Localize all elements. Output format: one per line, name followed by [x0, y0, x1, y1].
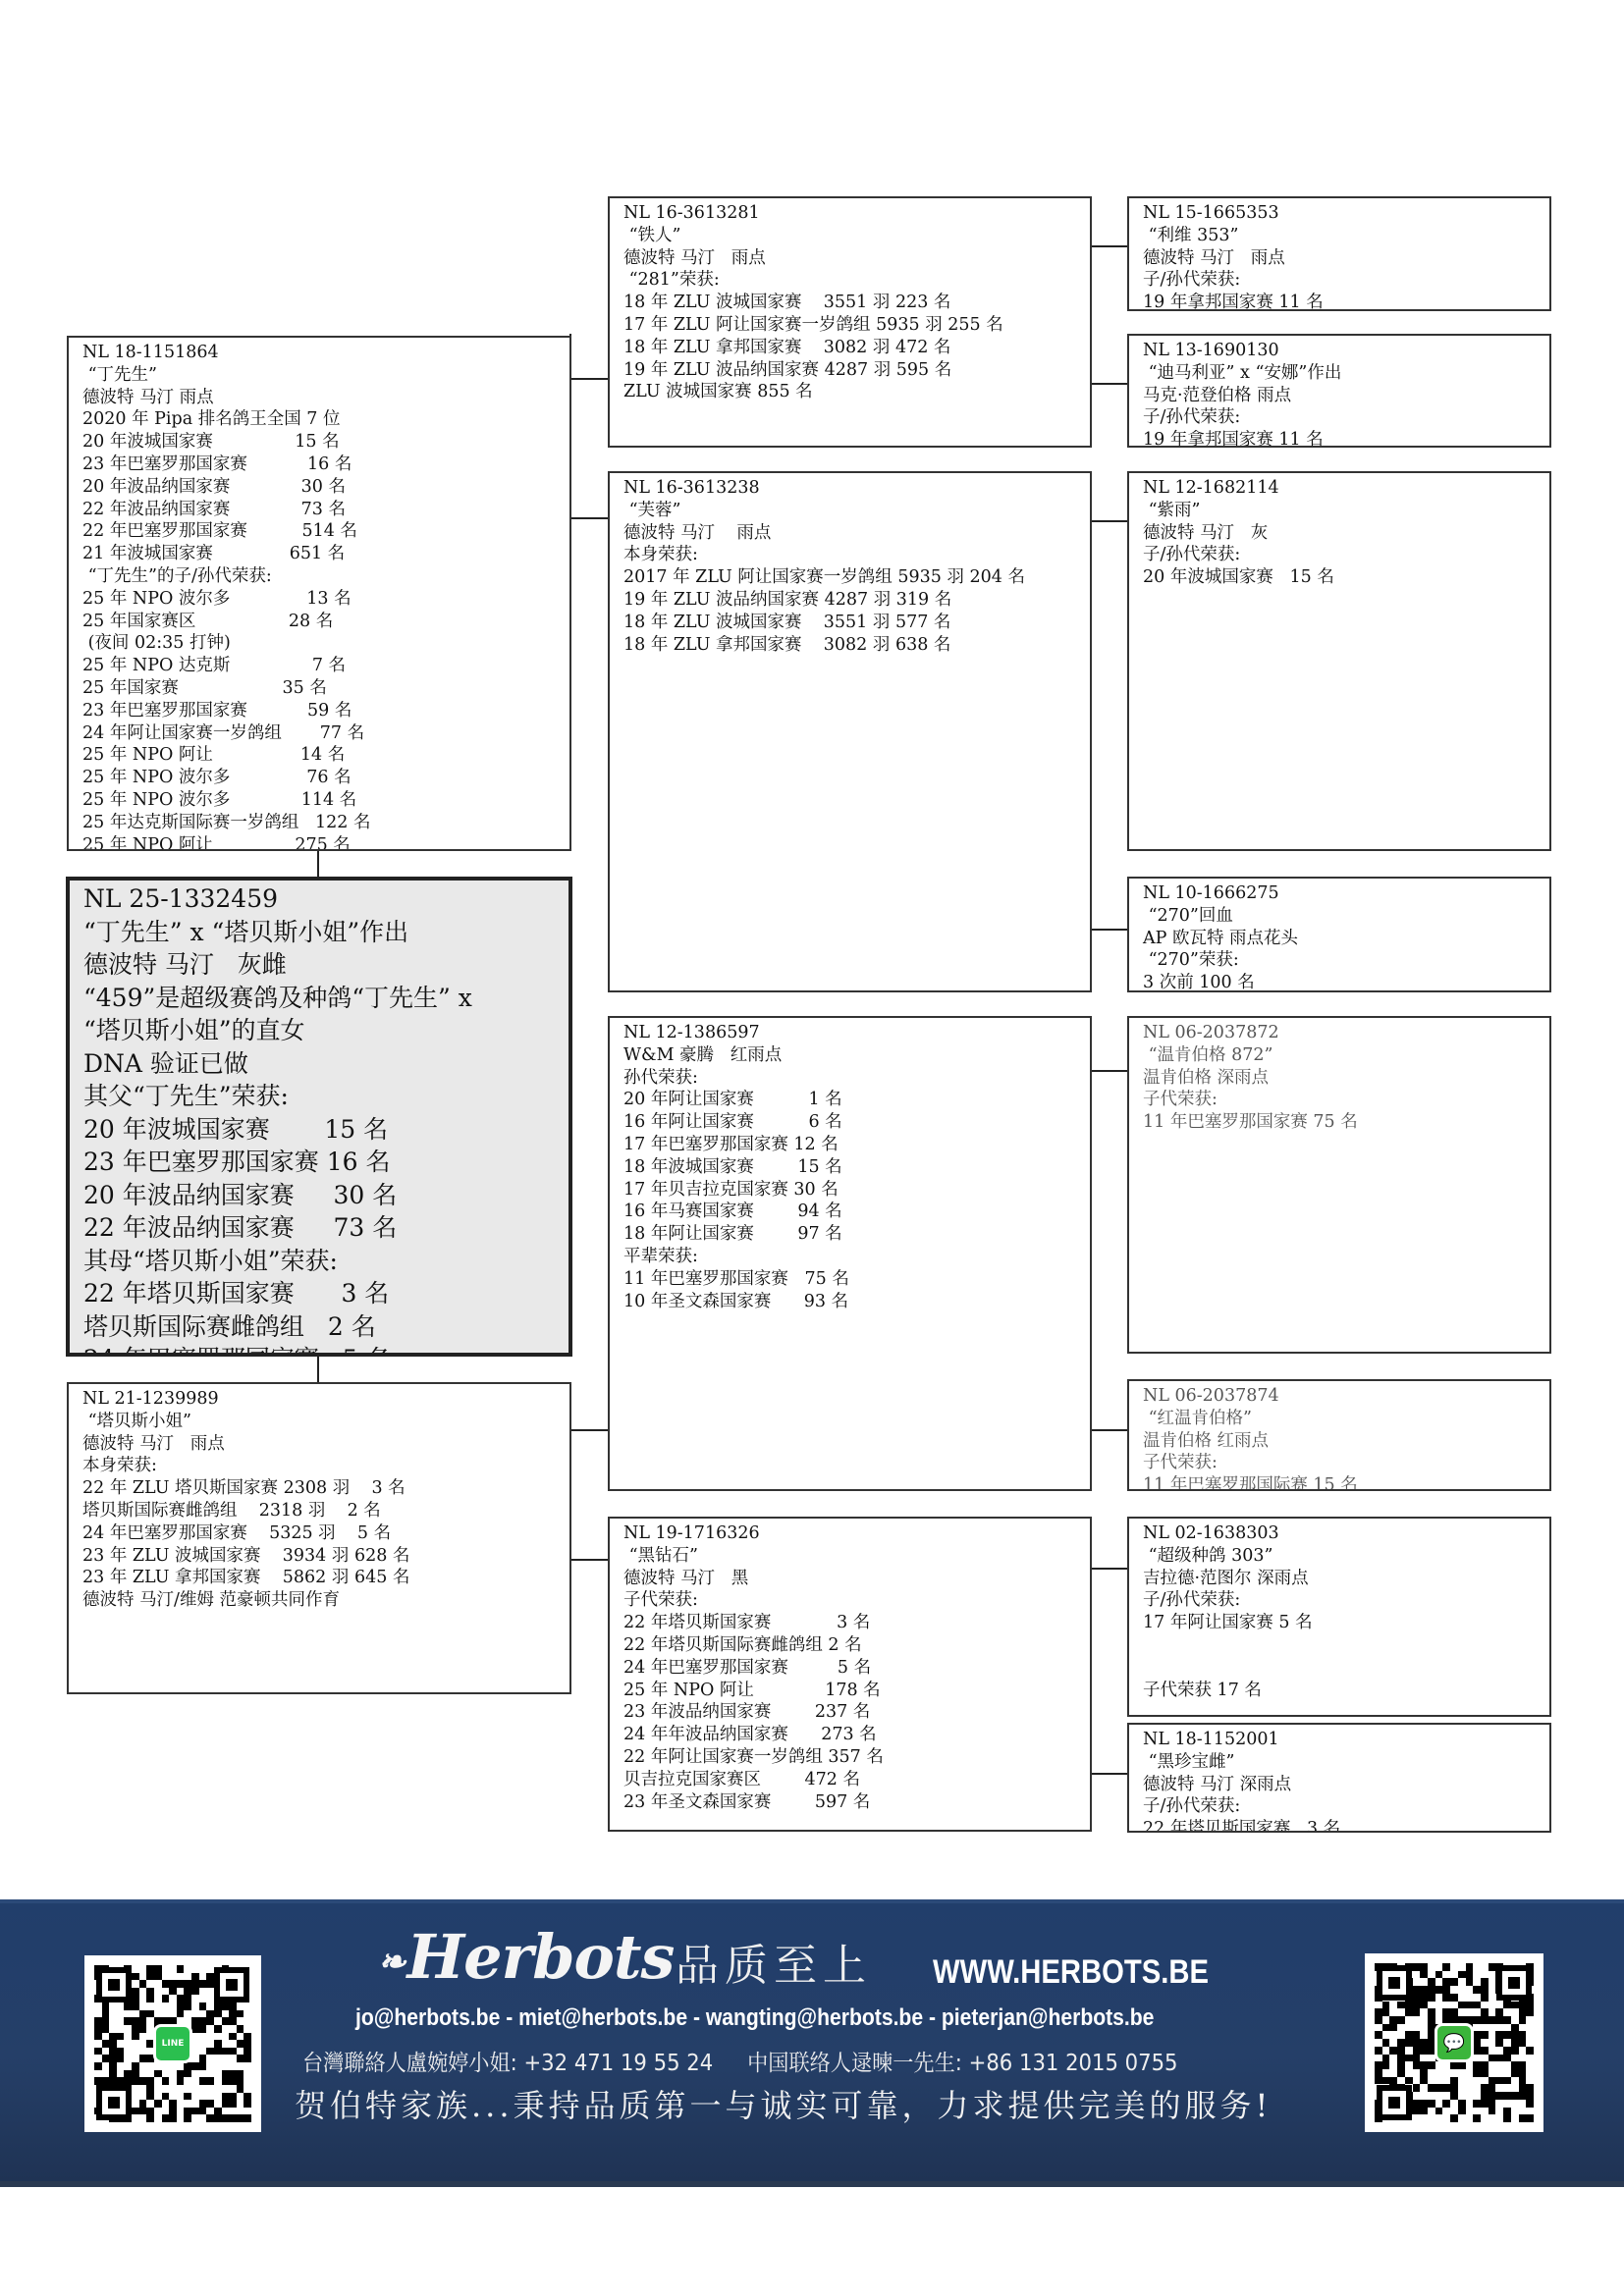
connector-g3-a — [1090, 1070, 1127, 1072]
card-line: 2017 年 ZLU 阿让国家赛一岁鸽组 5935 羽 204 名 — [623, 566, 1090, 589]
card-line: 25 年国家赛区 28 名 — [82, 611, 569, 633]
card-line: 18 年 ZLU 拿邦国家赛 3082 羽 638 名 — [623, 634, 1090, 657]
great-grandparent-card-7: NL 02-1638303 “超级种鸽 303”吉拉德·范图尔 深雨点子/孙代荣… — [1127, 1517, 1551, 1717]
great-grandparent-card-1: NL 15-1665353 “利维 353”德波特 马汀 雨点子/孙代荣获:19… — [1127, 196, 1551, 311]
card-line: 24 年阿让国家赛一岁鸽组 77 名 — [82, 722, 569, 745]
card-line: 20 年波品纳国家赛 30 名 — [82, 476, 569, 499]
connector-g4-a — [1090, 1568, 1127, 1570]
card-line — [1143, 1634, 1549, 1657]
card-line: 17 年巴塞罗那国家赛 12 名 — [623, 1134, 1090, 1156]
qr-code-line[interactable]: LINE — [84, 1955, 261, 2132]
card-line: 22 年阿让国家赛一岁鸽组 357 名 — [623, 1746, 1090, 1769]
card-line: 22 年波品纳国家赛 73 名 — [82, 499, 569, 521]
line-app-icon: LINE — [153, 2024, 192, 2063]
connector-g2-a — [1090, 520, 1127, 522]
connector-g1-a — [1090, 245, 1127, 247]
qr-code-wechat[interactable]: 💬 — [1365, 1953, 1543, 2132]
card-line: 22 年塔贝斯国际赛雌鸽组 2 名 — [623, 1634, 1090, 1657]
card-line: 25 年 NPO 阿让 14 名 — [82, 744, 569, 767]
card-line: 25 年 NPO 波尔多 114 名 — [82, 789, 569, 812]
card-line: W&M 豪腾 红雨点 — [623, 1044, 1090, 1067]
card-line: 17 年贝吉拉克国家赛 30 名 — [623, 1179, 1090, 1201]
card-line: 18 年波城国家赛 15 名 — [623, 1156, 1090, 1179]
card-line: 德波特 马汀 雨点 — [82, 387, 569, 409]
card-line: 11 年巴塞罗那国家赛 75 名 — [1143, 1111, 1549, 1134]
card-line: “塔贝斯小姐”的直女 — [83, 1014, 568, 1047]
card-line: 18 年 ZLU 波城国家赛 3551 羽 223 名 — [623, 292, 1090, 314]
card-line: 20 年阿让国家赛 1 名 — [623, 1089, 1090, 1111]
card-line: “黑珍宝雌” — [1143, 1751, 1549, 1774]
card-line: AP 欧瓦特 雨点花头 — [1143, 928, 1549, 950]
slogan: 品质至上 — [676, 1930, 872, 1993]
card-line: 贝吉拉克国家赛区 472 名 — [623, 1769, 1090, 1791]
card-line: 马克·范登伯格 雨点 — [1143, 385, 1549, 407]
connector-g3-b — [1090, 1429, 1127, 1431]
card-line: “281”荣获: — [623, 269, 1090, 292]
great-grandparent-card-4: NL 10-1666275 “270”回血AP 欧瓦特 雨点花头 “270”荣获… — [1127, 877, 1551, 992]
connector-g2-b — [1090, 929, 1127, 931]
card-line: 温肯伯格 深雨点 — [1143, 1067, 1549, 1090]
card-line: 德波特 马汀 黑 — [623, 1568, 1090, 1590]
card-line: 德波特 马汀 灰雌 — [83, 948, 568, 982]
ring-number: NL 02-1638303 — [1143, 1522, 1549, 1545]
connector-dam-top — [569, 1429, 609, 1431]
card-line: 19 年拿邦国家赛 11 名 — [1143, 429, 1549, 448]
connector-sire-bottom — [569, 517, 609, 519]
grandsire-maternal-card: NL 12-1386597W&M 豪腾 红雨点孙代荣获:20 年阿让国家赛 1 … — [608, 1016, 1092, 1491]
card-line: “459”是超级赛鸽及种鸽“丁先生” x — [83, 982, 568, 1015]
great-grandparent-card-6: NL 06-2037874 “红温肯伯格”温肯伯格 红雨点子代荣获:11 年巴塞… — [1127, 1379, 1551, 1491]
card-line: “丁先生” — [82, 364, 569, 387]
card-line: 11 年巴塞罗那国家赛 75 名 — [623, 1268, 1090, 1291]
connector-g1-b — [1090, 383, 1127, 385]
subject-card: NL 25-1332459“丁先生” x “塔贝斯小姐”作出德波特 马汀 灰雌“… — [66, 877, 572, 1357]
card-line: 子/孙代荣获: — [1143, 1589, 1549, 1612]
card-line: 22 年塔贝斯国家赛 3 名 — [83, 1277, 568, 1310]
card-line: 19 年 ZLU 波品纳国家赛 4287 羽 595 名 — [623, 359, 1090, 382]
card-line: 本身荣获: — [82, 1455, 569, 1477]
card-line: 23 年巴塞罗那国家赛 59 名 — [82, 700, 569, 722]
card-line: 德波特 马汀/维姆 范豪顿共同作育 — [82, 1589, 569, 1612]
card-line: 子代荣获: — [1143, 1452, 1549, 1474]
contact-phones: 台灣聯絡人盧婉婷小姐: +32 471 19 55 24中国联络人逯暕一先生: … — [302, 2045, 1212, 2077]
ring-number: NL 18-1152001 — [1143, 1729, 1549, 1751]
card-line — [1143, 1657, 1549, 1680]
great-grandparent-card-3: NL 12-1682114 “紫雨”德波特 马汀 灰子/孙代荣获:20 年波城国… — [1127, 471, 1551, 851]
connector-dam-bottom — [569, 1559, 609, 1561]
grandsire-paternal-card: NL 16-3613281 “铁人”德波特 马汀 雨点 “281”荣获:18 年… — [608, 196, 1092, 448]
ring-number: NL 06-2037872 — [1143, 1022, 1549, 1044]
card-line: 20 年波品纳国家赛 30 名 — [83, 1179, 568, 1212]
wechat-app-icon: 💬 — [1435, 2023, 1474, 2062]
card-line: 子/孙代荣获: — [1143, 269, 1549, 292]
card-line: 3 次前 100 名 — [1143, 972, 1549, 992]
card-line: 德波特 马汀 雨点 — [623, 247, 1090, 270]
card-line: 19 年拿邦国家赛 11 名 — [1143, 292, 1549, 311]
granddam-maternal-card: NL 19-1716326 “黑钻石”德波特 马汀 黑子代荣获:22 年塔贝斯国… — [608, 1517, 1092, 1832]
granddam-paternal-card: NL 16-3613238 “芙蓉”德波特 马汀 雨点本身荣获:2017 年 Z… — [608, 471, 1092, 992]
card-line: “黑钻石” — [623, 1545, 1090, 1568]
card-line: 23 年圣文森国家赛 597 名 — [623, 1791, 1090, 1814]
card-line: 25 年 NPO 达克斯 7 名 — [82, 655, 569, 677]
card-line: 塔贝斯国际赛雌鸽组 2318 羽 2 名 — [82, 1500, 569, 1522]
card-line: 24 年巴塞罗那国家赛 5 名 — [83, 1343, 568, 1357]
card-line: 25 年达克斯国际赛一岁鸽组 122 名 — [82, 812, 569, 834]
card-line: 25 年 NPO 波尔多 13 名 — [82, 588, 569, 611]
card-line: 17 年阿让国家赛 5 名 — [1143, 1612, 1549, 1634]
card-line: 子代荣获: — [623, 1589, 1090, 1612]
great-grandparent-card-5: NL 06-2037872 “温肯伯格 872”温肯伯格 深雨点子代荣获:11 … — [1127, 1016, 1551, 1354]
card-line: “超级种鸽 303” — [1143, 1545, 1549, 1568]
card-line: 其父“丁先生”荣获: — [83, 1080, 568, 1113]
card-line: 20 年波城国家赛 15 名 — [83, 1113, 568, 1147]
card-line: 25 年 NPO 阿让 275 名 — [82, 834, 569, 851]
great-grandparent-card-8: NL 18-1152001 “黑珍宝雌”德波特 马汀 深雨点子/孙代荣获:22 … — [1127, 1723, 1551, 1833]
card-line: 16 年马赛国家赛 94 名 — [623, 1201, 1090, 1223]
card-line: 子代荣获 17 名 — [1143, 1680, 1549, 1702]
card-line: 德波特 马汀 雨点 — [623, 522, 1090, 545]
ring-number: NL 16-3613238 — [623, 477, 1090, 500]
card-line: 17 年 ZLU 阿让国家赛一岁鸽组 5935 羽 255 名 — [623, 314, 1090, 337]
card-line: “270”荣获: — [1143, 949, 1549, 972]
card-line: “迪马利亚” x “安娜”作出 — [1143, 362, 1549, 385]
card-line: DNA 验证已做 — [83, 1047, 568, 1081]
card-line: 子代荣获: — [1143, 1089, 1549, 1111]
card-line: “270”回血 — [1143, 905, 1549, 928]
card-line: 德波特 马汀 深雨点 — [1143, 1774, 1549, 1796]
card-line: “铁人” — [623, 225, 1090, 247]
card-line: 其母“塔贝斯小姐”荣获: — [83, 1245, 568, 1278]
connector-sire-top — [569, 378, 609, 380]
card-line: 22 年塔贝斯国家赛 3 名 — [623, 1612, 1090, 1634]
card-line: 22 年塔贝斯国家赛 3 名 — [1143, 1818, 1549, 1833]
website-link[interactable]: WWW.HERBOTS.BE — [933, 1953, 1209, 1992]
card-line: 24 年巴塞罗那国家赛 5325 羽 5 名 — [82, 1522, 569, 1545]
ring-number: NL 18-1151864 — [82, 342, 569, 364]
ring-number: NL 06-2037874 — [1143, 1385, 1549, 1408]
ring-number: NL 19-1716326 — [623, 1522, 1090, 1545]
card-line: “利维 353” — [1143, 225, 1549, 247]
card-line: 孙代荣获: — [623, 1067, 1090, 1090]
card-line: 23 年 ZLU 波城国家赛 3934 羽 628 名 — [82, 1545, 569, 1568]
card-line: 18 年 ZLU 波城国家赛 3551 羽 577 名 — [623, 612, 1090, 634]
ring-number: NL 13-1690130 — [1143, 340, 1549, 362]
card-line: 德波特 马汀 雨点 — [1143, 247, 1549, 270]
motto: 贺伯特家族...秉持品质第一与诚实可靠，力求提供完美的服务! — [295, 2081, 1272, 2126]
card-line: “丁先生”的子/孙代荣获: — [82, 565, 569, 588]
card-line: 20 年波城国家赛 15 名 — [1143, 566, 1549, 589]
card-line: 吉拉德·范图尔 深雨点 — [1143, 1568, 1549, 1590]
card-line: 子/孙代荣获: — [1143, 1795, 1549, 1818]
card-line: (夜间 02:35 打钟) — [82, 632, 569, 655]
ring-number: NL 12-1386597 — [623, 1022, 1090, 1044]
contact-china: 中国联络人逯暕一先生: +86 131 2015 0755 — [747, 2051, 1177, 2076]
email-links[interactable]: jo@herbots.be - miet@herbots.be - wangti… — [355, 2004, 1154, 2032]
connector-g4-b — [1090, 1773, 1127, 1775]
card-line: 22 年波品纳国家赛 73 名 — [83, 1211, 568, 1245]
sire-card: NL 18-1151864 “丁先生”德波特 马汀 雨点2020 年 Pipa … — [67, 336, 571, 851]
card-line: 平辈荣获: — [623, 1246, 1090, 1268]
card-line: 24 年巴塞罗那国家赛 5 名 — [623, 1657, 1090, 1680]
card-line: 25 年 NPO 阿让 178 名 — [623, 1680, 1090, 1702]
card-line: “紫雨” — [1143, 500, 1549, 522]
great-grandparent-card-2: NL 13-1690130 “迪马利亚” x “安娜”作出马克·范登伯格 雨点子… — [1127, 334, 1551, 448]
card-line: 16 年阿让国家赛 6 名 — [623, 1111, 1090, 1134]
card-line: “丁先生” x “塔贝斯小姐”作出 — [83, 916, 568, 949]
connector-sire-subject — [317, 850, 319, 877]
card-line: 21 年波城国家赛 651 名 — [82, 543, 569, 565]
card-line: 19 年 ZLU 波品纳国家赛 4287 羽 319 名 — [623, 589, 1090, 612]
feather-icon: ❧ — [378, 1943, 406, 1982]
card-line: 23 年巴塞罗那国家赛 16 名 — [82, 454, 569, 476]
ring-number: NL 16-3613281 — [623, 202, 1090, 225]
herbots-logo: ❧Herbots — [378, 1921, 674, 1993]
ring-number: NL 10-1666275 — [1143, 882, 1549, 905]
card-line: 德波特 马汀 雨点 — [82, 1433, 569, 1456]
card-line: 22 年 ZLU 塔贝斯国家赛 2308 羽 3 名 — [82, 1477, 569, 1500]
ring-number: NL 12-1682114 — [1143, 477, 1549, 500]
card-line: ZLU 波城国家赛 855 名 — [623, 381, 1090, 403]
card-line: 11 年巴塞罗那国际赛 15 名 — [1143, 1474, 1549, 1491]
connector-subject-dam — [317, 1355, 319, 1382]
card-line: “红温肯伯格” — [1143, 1408, 1549, 1430]
card-line: “温肯伯格 872” — [1143, 1044, 1549, 1067]
card-line: 25 年国家赛 35 名 — [82, 677, 569, 700]
ring-number: NL 15-1665353 — [1143, 202, 1549, 225]
card-line: 18 年阿让国家赛 97 名 — [623, 1223, 1090, 1246]
dam-card: NL 21-1239989 “塔贝斯小姐”德波特 马汀 雨点本身荣获:22 年 … — [67, 1382, 571, 1694]
card-line: “塔贝斯小姐” — [82, 1411, 569, 1433]
card-line: 温肯伯格 红雨点 — [1143, 1430, 1549, 1453]
card-line: 20 年波城国家赛 15 名 — [82, 431, 569, 454]
card-line: 18 年 ZLU 拿邦国家赛 3082 羽 472 名 — [623, 337, 1090, 359]
card-line: 23 年波品纳国家赛 237 名 — [623, 1701, 1090, 1724]
card-line: 23 年 ZLU 拿邦国家赛 5862 羽 645 名 — [82, 1567, 569, 1589]
card-line: 23 年巴塞罗那国家赛 16 名 — [83, 1146, 568, 1179]
contact-taiwan: 台灣聯絡人盧婉婷小姐: +32 471 19 55 24 — [302, 2051, 713, 2076]
card-line: 塔贝斯国际赛雌鸽组 2 名 — [83, 1310, 568, 1344]
ring-number: NL 25-1332459 — [83, 882, 568, 916]
card-line: 24 年年波品纳国家赛 273 名 — [623, 1724, 1090, 1746]
card-line: 子/孙代荣获: — [1143, 406, 1549, 429]
card-line: 子/孙代荣获: — [1143, 544, 1549, 566]
card-line: 2020 年 Pipa 排名鸽王全国 7 位 — [82, 408, 569, 431]
card-line: 22 年巴塞罗那国家赛 514 名 — [82, 520, 569, 543]
card-line: “芙蓉” — [623, 500, 1090, 522]
card-line: 德波特 马汀 灰 — [1143, 522, 1549, 545]
ring-number: NL 21-1239989 — [82, 1388, 569, 1411]
card-line: 25 年 NPO 波尔多 76 名 — [82, 767, 569, 789]
card-line: 10 年圣文森国家赛 93 名 — [623, 1291, 1090, 1313]
card-line: 本身荣获: — [623, 544, 1090, 566]
